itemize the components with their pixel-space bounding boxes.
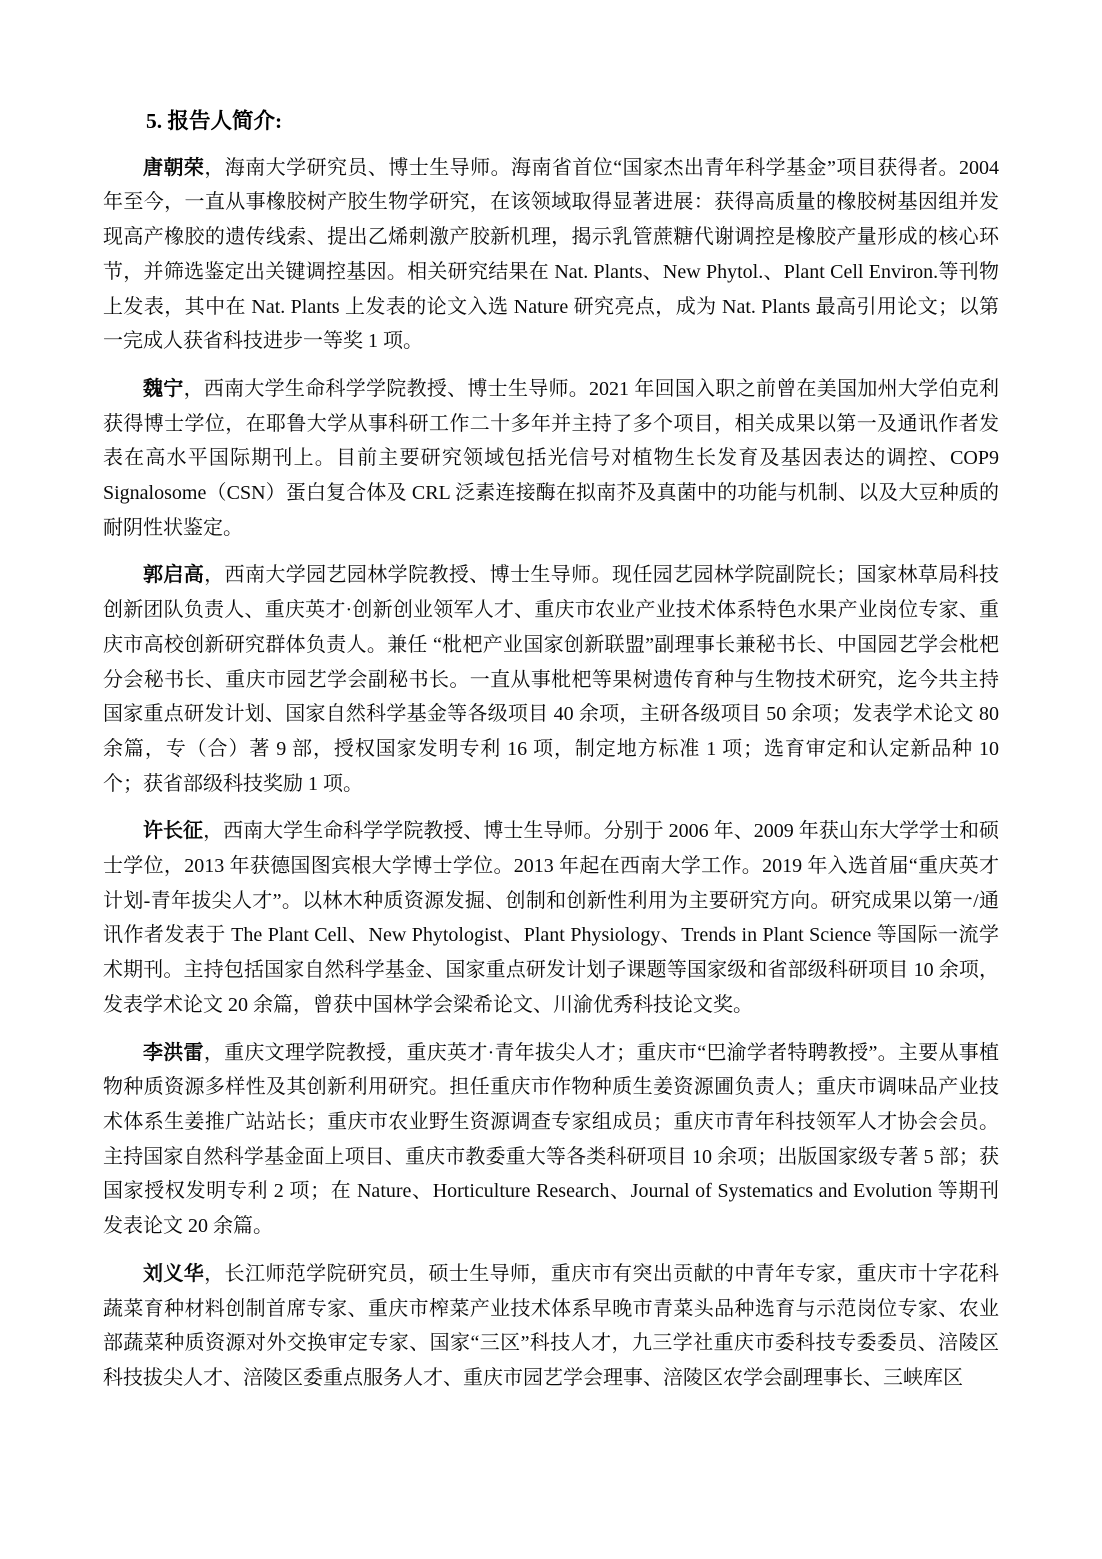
section-heading: 5. 报告人简介: (103, 104, 999, 139)
document-page: 5. 报告人简介: 唐朝荣，海南大学研究员、博士生导师。海南省首位“国家杰出青年… (0, 0, 1102, 1559)
speaker-paragraph-tang-chaorong: 唐朝荣，海南大学研究员、博士生导师。海南省首位“国家杰出青年科学基金”项目获得者… (103, 151, 999, 359)
speaker-name: 郭启高 (143, 564, 204, 586)
speaker-bio: ，西南大学园艺园林学院教授、博士生导师。现任园艺园林学院副院长；国家林草局科技创… (103, 564, 999, 794)
speaker-name: 李洪雷 (143, 1042, 204, 1064)
speaker-bio: ，长江师范学院研究员，硕士生导师，重庆市有突出贡献的中青年专家，重庆市十字花科蔬… (103, 1263, 999, 1389)
speaker-paragraph-guo-qigao: 郭启高，西南大学园艺园林学院教授、博士生导师。现任园艺园林学院副院长；国家林草局… (103, 558, 999, 801)
speaker-paragraph-liu-yihua: 刘义华，长江师范学院研究员，硕士生导师，重庆市有突出贡献的中青年专家，重庆市十字… (103, 1257, 999, 1396)
speaker-paragraph-li-honglei: 李洪雷，重庆文理学院教授，重庆英才·青年拔尖人才；重庆市“巴渝学者特聘教授”。主… (103, 1036, 999, 1244)
speaker-name: 魏宁 (143, 378, 184, 400)
speaker-paragraph-xu-changzheng: 许长征，西南大学生命科学学院教授、博士生导师。分别于 2006 年、2009 年… (103, 814, 999, 1022)
speaker-bio: ，海南大学研究员、博士生导师。海南省首位“国家杰出青年科学基金”项目获得者。20… (103, 157, 999, 353)
speaker-name: 许长征 (143, 820, 203, 842)
speaker-bio: ，西南大学生命科学学院教授、博士生导师。分别于 2006 年、2009 年获山东… (103, 820, 999, 1016)
speaker-name: 刘义华 (143, 1263, 204, 1285)
speaker-paragraph-wei-ning: 魏宁，西南大学生命科学学院教授、博士生导师。2021 年回国入职之前曾在美国加州… (103, 372, 999, 546)
speaker-bio: ，重庆文理学院教授，重庆英才·青年拔尖人才；重庆市“巴渝学者特聘教授”。主要从事… (103, 1042, 999, 1238)
speaker-bio: ，西南大学生命科学学院教授、博士生导师。2021 年回国入职之前曾在美国加州大学… (103, 378, 999, 539)
speaker-name: 唐朝荣 (143, 157, 204, 179)
